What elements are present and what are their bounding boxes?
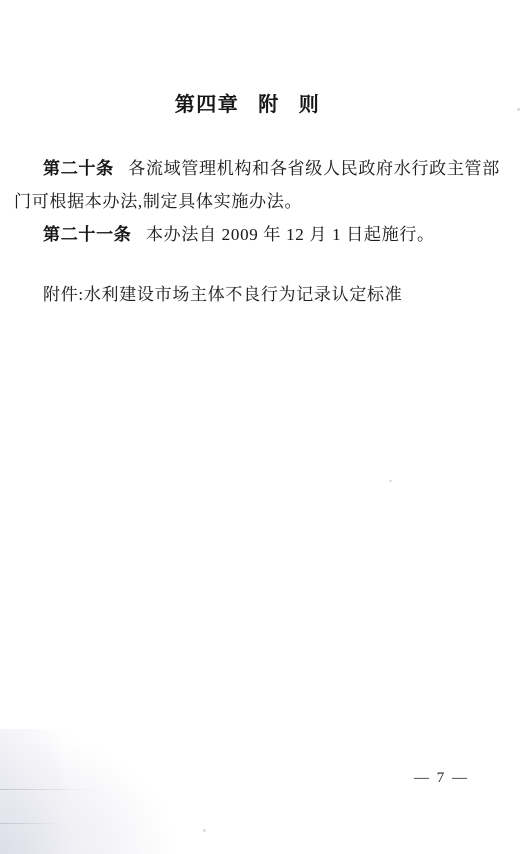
- page-number: — 7 —: [414, 769, 469, 787]
- article-20-number: 第二十条: [43, 159, 114, 178]
- chapter-title: 第四章附则: [0, 94, 495, 116]
- scan-streak: [0, 823, 62, 824]
- article-21-number: 第二十一条: [43, 225, 132, 244]
- article-21-line: 第二十一条本办法自 2009 年 12 月 1 日起施行。: [43, 225, 435, 244]
- scan-shadow-bottom-left: [0, 729, 175, 854]
- attachment-note-text: 附件:水利建设市场主体不良行为记录认定标准: [43, 285, 402, 304]
- article-20-text-line2: 门可根据本办法,制定具体实施办法。: [14, 192, 302, 211]
- scan-speck: [389, 480, 392, 482]
- scan-speck: [203, 829, 206, 832]
- article-20-line2: 门可根据本办法,制定具体实施办法。: [14, 192, 302, 211]
- scan-streak: [0, 789, 95, 790]
- chapter-title-word1: 附: [258, 94, 280, 116]
- article-21-text: 本办法自 2009 年 12 月 1 日起施行。: [146, 225, 435, 244]
- attachment-note: 附件:水利建设市场主体不良行为记录认定标准: [43, 285, 402, 304]
- chapter-title-number: 第四章: [175, 94, 240, 116]
- chapter-title-word2: 则: [299, 94, 321, 116]
- article-20-line1: 第二十条各流域管理机构和各省级人民政府水行政主管部: [43, 159, 500, 178]
- scan-speck: [517, 108, 520, 111]
- article-20-text-line1: 各流域管理机构和各省级人民政府水行政主管部: [128, 159, 500, 178]
- scanned-document-page: 第四章附则 第二十条各流域管理机构和各省级人民政府水行政主管部 门可根据本办法,…: [0, 0, 523, 854]
